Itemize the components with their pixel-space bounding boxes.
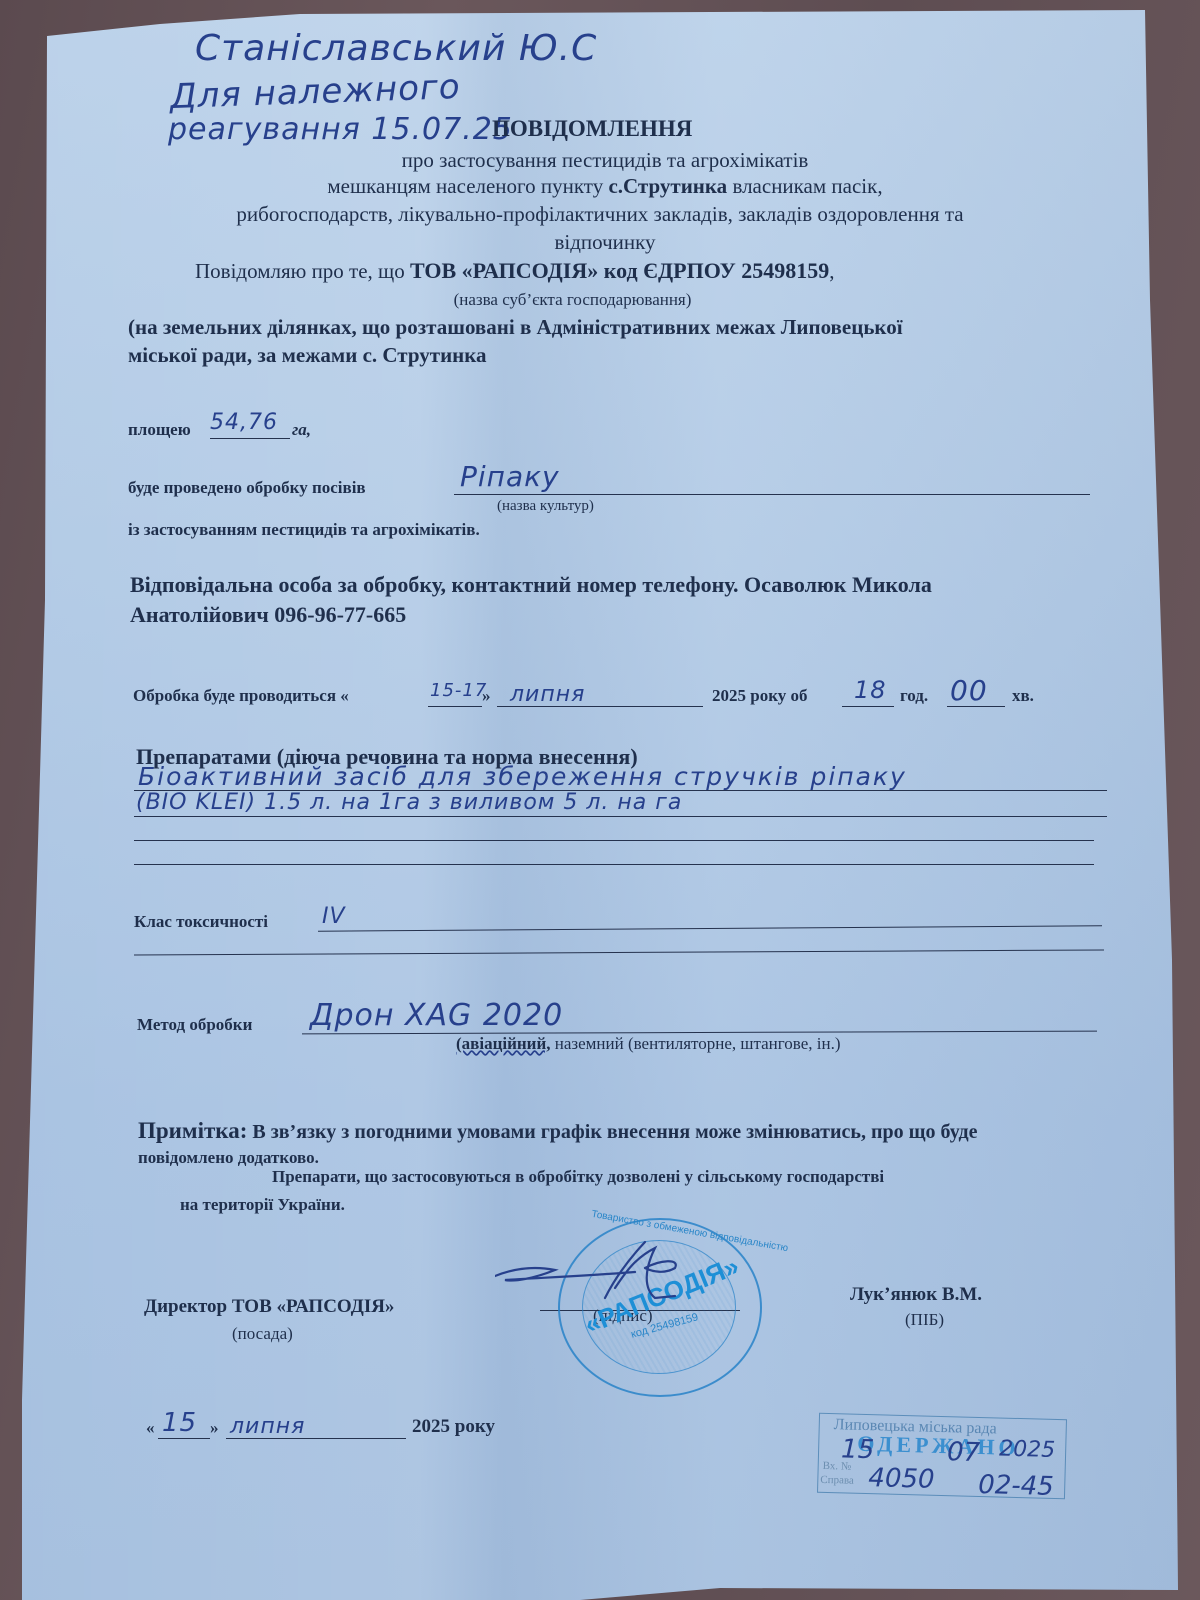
- signatory-name: Лук’янюк В.М.: [850, 1284, 982, 1306]
- date-day[interactable]: 15: [162, 1408, 197, 1438]
- note-line2: повідомлено додатково.: [138, 1148, 319, 1168]
- subtitle-line4: відпочинку: [0, 230, 1200, 255]
- chem-line: із застосуванням пестицидів та агрохімік…: [128, 520, 480, 540]
- treatment-year: 2025 року об: [712, 686, 808, 706]
- approved-line2: на території України.: [180, 1195, 345, 1215]
- village-name: с.Струтинка: [608, 174, 727, 198]
- company-name: ТОВ «РАПСОДІЯ» код ЄДРПОУ 25498159: [410, 258, 829, 283]
- method-caption-rest: наземний (вентиляторне, штангове, ін.): [551, 1034, 841, 1053]
- received-incoming-no: 4050: [868, 1463, 935, 1495]
- treatment-hour-label: год.: [900, 686, 928, 706]
- preparations-line2: [134, 816, 1107, 817]
- area-unit: га,: [292, 420, 311, 440]
- location-line1: (на земельних ділянках, що розташовані в…: [128, 315, 903, 340]
- area-label: площею: [128, 420, 191, 440]
- received-stamp-title: ОДЕРЖАНО: [857, 1431, 1020, 1461]
- method-caption: (авіаційний, наземний (вентиляторне, шта…: [456, 1034, 841, 1054]
- area-underline: [210, 438, 290, 439]
- crop-underline: [454, 494, 1090, 495]
- date-month[interactable]: липня: [230, 1414, 305, 1439]
- preparations-line4: [134, 864, 1094, 865]
- notify-post: ,: [829, 259, 834, 283]
- toxicity-value[interactable]: IV: [322, 904, 346, 929]
- note-text: В зв’язку з погодними умовами графік вне…: [247, 1121, 977, 1143]
- toxicity-label: Клас токсичності: [134, 912, 268, 932]
- treatment-label: Обробка буде проводиться «: [133, 686, 349, 706]
- responsible-line1: Відповідальна особа за обробку, контактн…: [130, 572, 932, 598]
- notify-line: Повідомляю про те, що ТОВ «РАПСОДІЯ» код…: [195, 258, 834, 284]
- signatory-name-caption: (ПІБ): [905, 1310, 944, 1330]
- subtitle-line3: рибогосподарств, лікувально-профілактичн…: [0, 202, 1200, 227]
- signatory-position: Директор ТОВ «РАПСОДІЯ»: [144, 1296, 394, 1318]
- treatment-month[interactable]: липня: [510, 682, 585, 707]
- subtitle-line2-post: власникам пасік,: [727, 174, 882, 198]
- date-close-quote: »: [210, 1418, 219, 1438]
- note-label: Примітка:: [138, 1118, 247, 1143]
- notify-pre: Повідомляю про те, що: [195, 259, 410, 283]
- received-day: 15: [841, 1434, 875, 1465]
- company-caption: (назва суб’єкта господарювання): [0, 290, 1145, 310]
- treatment-hour[interactable]: 18: [854, 676, 887, 704]
- treatment-days[interactable]: 15-17: [430, 680, 487, 701]
- subtitle-line1: про застосування пестицидів та агрохімік…: [0, 148, 1200, 173]
- resolution-name: Станіславський Ю.С: [195, 28, 597, 69]
- method-caption-selected: (авіаційний,: [456, 1034, 551, 1053]
- responsible-line2: Анатолійович 096-96-77-665: [130, 602, 406, 628]
- treatment-hour-underline: [842, 706, 894, 707]
- signatory-position-caption: (посада): [232, 1324, 293, 1344]
- treatment-minute[interactable]: 00: [950, 674, 988, 707]
- treatment-close-quote: »: [482, 686, 491, 706]
- received-case-no: 02-45: [978, 1470, 1054, 1502]
- treatment-days-underline: [428, 706, 482, 707]
- signature-icon: [495, 1238, 685, 1308]
- method-value[interactable]: Дрон XAG 2020: [310, 998, 563, 1033]
- approved-line1: Препарати, що застосовуються в обробітку…: [272, 1167, 884, 1187]
- note-line1: Примітка: В зв’язку з погодними умовами …: [138, 1118, 977, 1144]
- date-year: 2025 року: [412, 1416, 495, 1438]
- location-line2: міської ради, за межами с. Струтинка: [128, 343, 487, 368]
- date-open-quote: «: [146, 1418, 155, 1438]
- received-month: 07: [947, 1437, 981, 1468]
- subtitle-line2: мешканцям населеного пункту с.Струтинка …: [0, 174, 1200, 199]
- preparations-value-line1[interactable]: Біоактивний засіб для збереження стручкі…: [138, 762, 907, 791]
- treatment-minute-label: хв.: [1012, 686, 1034, 706]
- crop-label: буде проведено обробку посівів: [128, 478, 366, 498]
- received-stamp-case-label: Справа: [820, 1474, 854, 1487]
- page-title: ПОВІДОМЛЕННЯ: [492, 116, 692, 142]
- crop-value[interactable]: Ріпаку: [460, 460, 560, 493]
- resolution-line3: реагування 15.07.25: [168, 112, 513, 147]
- subtitle-line2-pre: мешканцям населеного пункту: [327, 174, 608, 198]
- preparations-value-line2[interactable]: (BIO KLEI) 1.5 л. на 1га з виливом 5 л. …: [136, 790, 682, 815]
- method-label: Метод обробки: [137, 1015, 252, 1035]
- date-day-underline: [158, 1438, 210, 1439]
- preparations-line3: [134, 840, 1094, 841]
- received-stamp: Липовецька міська рада ОДЕРЖАНО Вх. № Сп…: [817, 1413, 1067, 1499]
- crop-caption: (назва культур): [497, 498, 594, 515]
- received-year: 2025: [999, 1436, 1056, 1462]
- area-value[interactable]: 54,76: [210, 410, 278, 435]
